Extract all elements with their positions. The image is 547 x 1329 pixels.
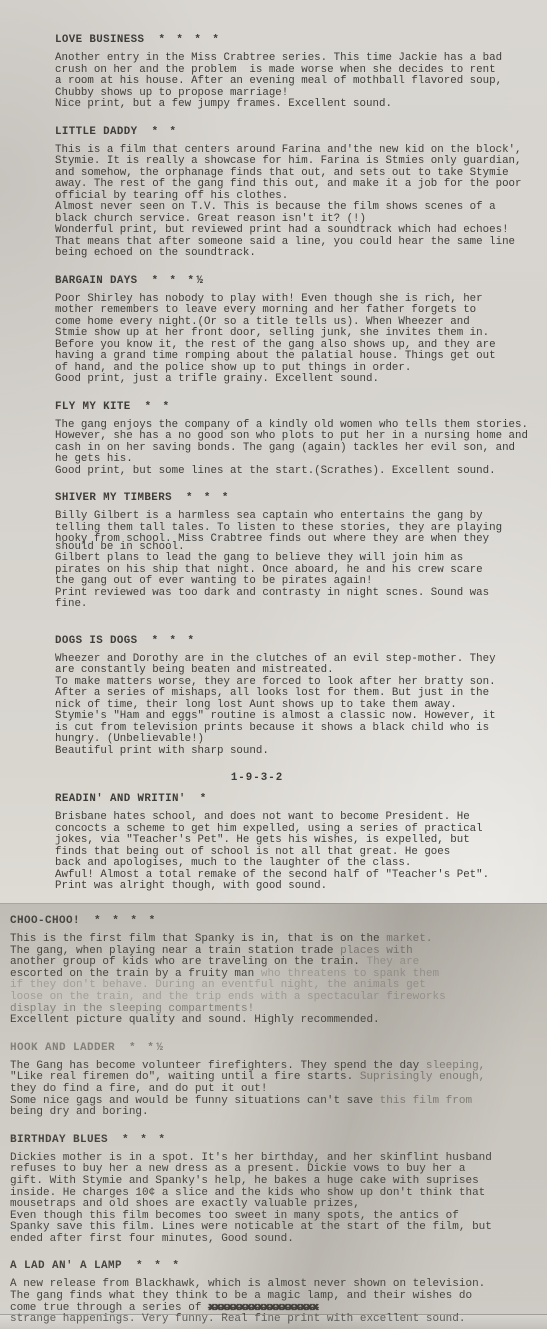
review-line: Nice print, but a few jumpy frames. Exce… <box>55 99 539 111</box>
review-line: Stymie's "Ham and eggs" routine is almos… <box>55 711 539 723</box>
film-title: BARGAIN DAYS <box>55 275 138 287</box>
faded-text: places with <box>340 945 413 957</box>
review-line: a room at his house. After an evening me… <box>55 76 539 88</box>
review-line: Gilbert plans to lead the gang to believ… <box>55 553 539 565</box>
star-rating: * *½ <box>129 1042 165 1054</box>
review-line: Another entry in the Miss Crabtree serie… <box>55 53 539 65</box>
film-title: HOOK AND LADDER <box>10 1042 115 1054</box>
review-line: are constantly being beaten and mistreat… <box>55 665 539 677</box>
film-title: FLY MY KITE <box>55 401 131 413</box>
review-line: back and apologises, much to the laughte… <box>55 858 539 870</box>
review-line: away. The rest of the gang find this out… <box>55 179 539 191</box>
scanned-document-page: LOVE BUSINESS* * * *Another entry in the… <box>0 0 547 1329</box>
review-line: gift. With Stymie and Spanky's help, he … <box>10 1176 541 1188</box>
star-rating: * * * * <box>158 34 221 46</box>
review-section: HOOK AND LADDER* *½The Gang has become v… <box>10 1042 541 1119</box>
star-rating: * * * <box>152 635 197 647</box>
faded-text: sleeping, <box>426 1060 485 1072</box>
page-region-top: LOVE BUSINESS* * * *Another entry in the… <box>0 0 547 903</box>
review-line: being echoed on the soundtrack. <box>55 248 539 260</box>
review-line: Good print, just a trifle grainy. Excell… <box>55 374 539 386</box>
review-section: DOGS IS DOGS* * *Wheezer and Dorothy are… <box>55 635 539 758</box>
star-rating: * <box>200 793 209 805</box>
review-line: ended after first four minutes, Good sou… <box>10 1234 541 1246</box>
review-line: Wonderful print, but reviewed print had … <box>55 225 539 237</box>
star-rating: * * * * <box>94 915 158 927</box>
review-line: strange happenings. Very funny. Real fin… <box>10 1314 541 1326</box>
review-line: jokes, via "Teacher's Pet". He gets his … <box>55 835 539 847</box>
faded-text: Suprisingly enough, <box>360 1071 485 1083</box>
review-line: Print reviewed was too dark and contrast… <box>55 588 539 600</box>
faded-text: They are <box>366 956 419 968</box>
review-section: A LAD AN' A LAMP* * *A new release from … <box>10 1260 541 1325</box>
review-section: SHIVER MY TIMBERS* * *Billy Gilbert is a… <box>55 492 539 611</box>
star-rating: * * * <box>122 1134 168 1146</box>
review-line: he gets his. <box>55 454 539 466</box>
film-title-row: A LAD AN' A LAMP* * * <box>10 1260 541 1272</box>
review-line: hungry. (Unbelievable!) <box>55 734 539 746</box>
review-line: However, she has a no good son who plots… <box>55 431 539 443</box>
review-line: Billy Gilbert is a harmless sea captain … <box>55 511 539 523</box>
film-title: READIN' AND WRITIN' <box>55 793 186 805</box>
star-rating: * * * <box>186 492 231 504</box>
film-title-row: LITTLE DADDY* * <box>55 126 539 138</box>
film-title-row: DOGS IS DOGS* * * <box>55 635 539 647</box>
review-line: fine. <box>55 599 539 611</box>
review-section: BIRTHDAY BLUES* * *Dickies mother is in … <box>10 1134 541 1246</box>
film-title-row: CHOO-CHOO!* * * * <box>10 915 541 927</box>
film-title: LITTLE DADDY <box>55 126 138 138</box>
star-rating: * * <box>145 401 172 413</box>
strikeout-text: xxxxxxxxxxxxxxxxxx <box>208 1302 318 1314</box>
star-rating: * * <box>152 126 179 138</box>
review-section: READIN' AND WRITIN'*Brisbane hates schoo… <box>55 793 539 893</box>
review-line: display in the sleeping compartments! <box>10 1004 541 1016</box>
faded-text: market. <box>386 933 432 945</box>
film-title-row: BARGAIN DAYS* * *½ <box>55 275 539 287</box>
star-rating: * * * <box>136 1260 182 1272</box>
review-section: FLY MY KITE* *The gang enjoys the compan… <box>55 401 539 478</box>
review-line: mousetraps and old shoes are exactly val… <box>10 1199 541 1211</box>
film-title-row: READIN' AND WRITIN'* <box>55 793 539 805</box>
star-rating: * * *½ <box>152 275 206 287</box>
year-heading: 1-9-3-2 <box>55 772 539 784</box>
review-line: Print was alright though, with good soun… <box>55 881 539 893</box>
review-section: CHOO-CHOO!* * * *This is the first film … <box>10 915 541 1027</box>
review-line: being dry and boring. <box>10 1107 541 1119</box>
review-line: Good print, but some lines at the start.… <box>55 466 539 478</box>
film-title-row: SHIVER MY TIMBERS* * * <box>55 492 539 504</box>
film-title: CHOO-CHOO! <box>10 915 80 927</box>
review-section: LITTLE DADDY* *This is a film that cente… <box>55 126 539 260</box>
film-title: DOGS IS DOGS <box>55 635 138 647</box>
film-title-row: HOOK AND LADDER* *½ <box>10 1042 541 1054</box>
review-line: the gang out of ever wanting to be pirat… <box>55 576 539 588</box>
faded-text: this film from <box>380 1095 472 1107</box>
review-line: Beautiful print with sharp sound. <box>55 746 539 758</box>
review-line: Brisbane hates school, and does not want… <box>55 812 539 824</box>
review-line: Stmie show up at her front door, selling… <box>55 328 539 340</box>
film-title: BIRTHDAY BLUES <box>10 1134 108 1146</box>
film-title-row: BIRTHDAY BLUES* * * <box>10 1134 541 1146</box>
review-line: having a grand time romping about the pa… <box>55 351 539 363</box>
review-line: After a series of mishaps, all looks los… <box>55 688 539 700</box>
film-title: SHIVER MY TIMBERS <box>55 492 172 504</box>
faded-text: who threatens to spank them <box>261 968 439 980</box>
review-line: mother remembers to leave every morning … <box>55 305 539 317</box>
film-title: LOVE BUSINESS <box>55 34 144 46</box>
review-line: Stymie. It is really a showcase for him.… <box>55 156 539 168</box>
review-line: This is the first film that Spanky is in… <box>10 934 541 946</box>
review-section: LOVE BUSINESS* * * *Another entry in the… <box>55 34 539 111</box>
film-title: A LAD AN' A LAMP <box>10 1260 122 1272</box>
review-section: BARGAIN DAYS* * *½Poor Shirley has nobod… <box>55 275 539 386</box>
review-line: Excellent picture quality and sound. Hig… <box>10 1015 541 1027</box>
film-title-row: LOVE BUSINESS* * * * <box>55 34 539 46</box>
page-region-bottom: CHOO-CHOO!* * * *This is the first film … <box>0 903 547 1329</box>
review-line: loose on the train, and the trip ends wi… <box>10 992 541 1004</box>
film-title-row: FLY MY KITE* * <box>55 401 539 413</box>
review-line: they do find a fire, and do put it out! <box>10 1084 541 1096</box>
review-line: Almost never seen on T.V. This is becaus… <box>55 202 539 214</box>
